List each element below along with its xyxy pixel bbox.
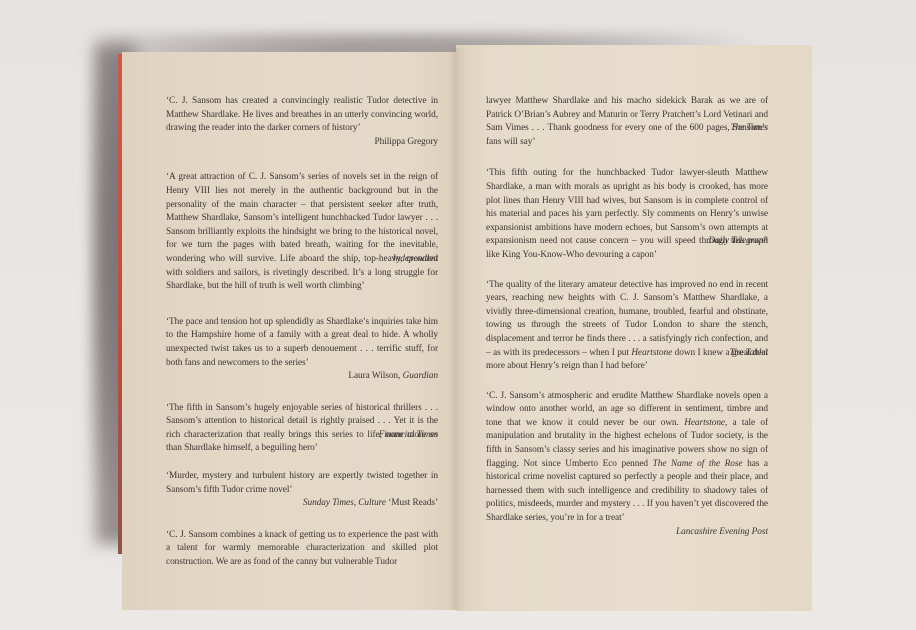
review-quote: ‘C. J. Sansom has created a convincingly…	[166, 95, 438, 149]
right-page-text: lawyer Matthew Shardlake and his macho s…	[486, 95, 768, 553]
quote-text: ‘C. J. Sansom has created a convincingly…	[166, 96, 438, 133]
source-tail: ‘Must Reads’	[386, 498, 438, 508]
quote-source: Philippa Gregory	[166, 136, 438, 150]
book-title: Heartstone	[631, 348, 672, 358]
source-publication: Sunday Times	[303, 498, 354, 508]
quote-text: ‘This fifth outing for the hunchbacked T…	[486, 168, 768, 260]
quote-text: ‘The pace and tension hot up splendidly …	[166, 317, 438, 368]
review-quote: ‘The quality of the literary amateur det…	[486, 279, 768, 374]
review-quote: ‘The pace and tension hot up splendidly …	[166, 316, 438, 384]
quote-text: ‘C. J. Sansom combines a knack of gettin…	[166, 530, 438, 567]
review-quote: ‘A great attraction of C. J. Sansom’s se…	[166, 171, 438, 293]
quote-text: lawyer Matthew Shardlake and his macho s…	[486, 96, 768, 147]
review-quote: ‘The fifth in Sansom’s hugely enjoyable …	[166, 402, 438, 456]
left-page-text: ‘C. J. Sansom has created a convincingly…	[166, 95, 438, 584]
quote-source: Lancashire Evening Post	[486, 526, 768, 540]
review-quote: ‘C. J. Sansom combines a knack of gettin…	[166, 529, 438, 570]
quote-source: Laura Wilson, Guardian	[166, 370, 438, 384]
source-publication: Guardian	[403, 371, 438, 381]
open-book: ‘C. J. Sansom has created a convincingly…	[0, 0, 916, 630]
quote-text: ‘Murder, mystery and turbulent history a…	[166, 471, 438, 495]
quote-source: Sunday Times, Culture ‘Must Reads’	[166, 497, 438, 511]
quote-text: ‘The quality of the literary amateur det…	[486, 280, 768, 358]
review-quote: ‘Murder, mystery and turbulent history a…	[166, 470, 438, 511]
review-quote: ‘C. J. Sansom’s atmospheric and erudite …	[486, 390, 768, 540]
book-gutter	[449, 48, 465, 610]
book-title-rose: The Name of the Rose	[653, 459, 743, 469]
source-author: Laura Wilson,	[348, 371, 402, 381]
quote-text: ‘A great attraction of C. J. Sansom’s se…	[166, 172, 438, 291]
quote-text: ‘The fifth in Sansom’s hugely enjoyable …	[166, 403, 438, 454]
review-quote: ‘This fifth outing for the hunchbacked T…	[486, 167, 768, 262]
source-section: Culture	[358, 498, 386, 508]
book-title: Heartstone	[684, 418, 725, 428]
review-quote-continued: lawyer Matthew Shardlake and his macho s…	[486, 95, 768, 149]
